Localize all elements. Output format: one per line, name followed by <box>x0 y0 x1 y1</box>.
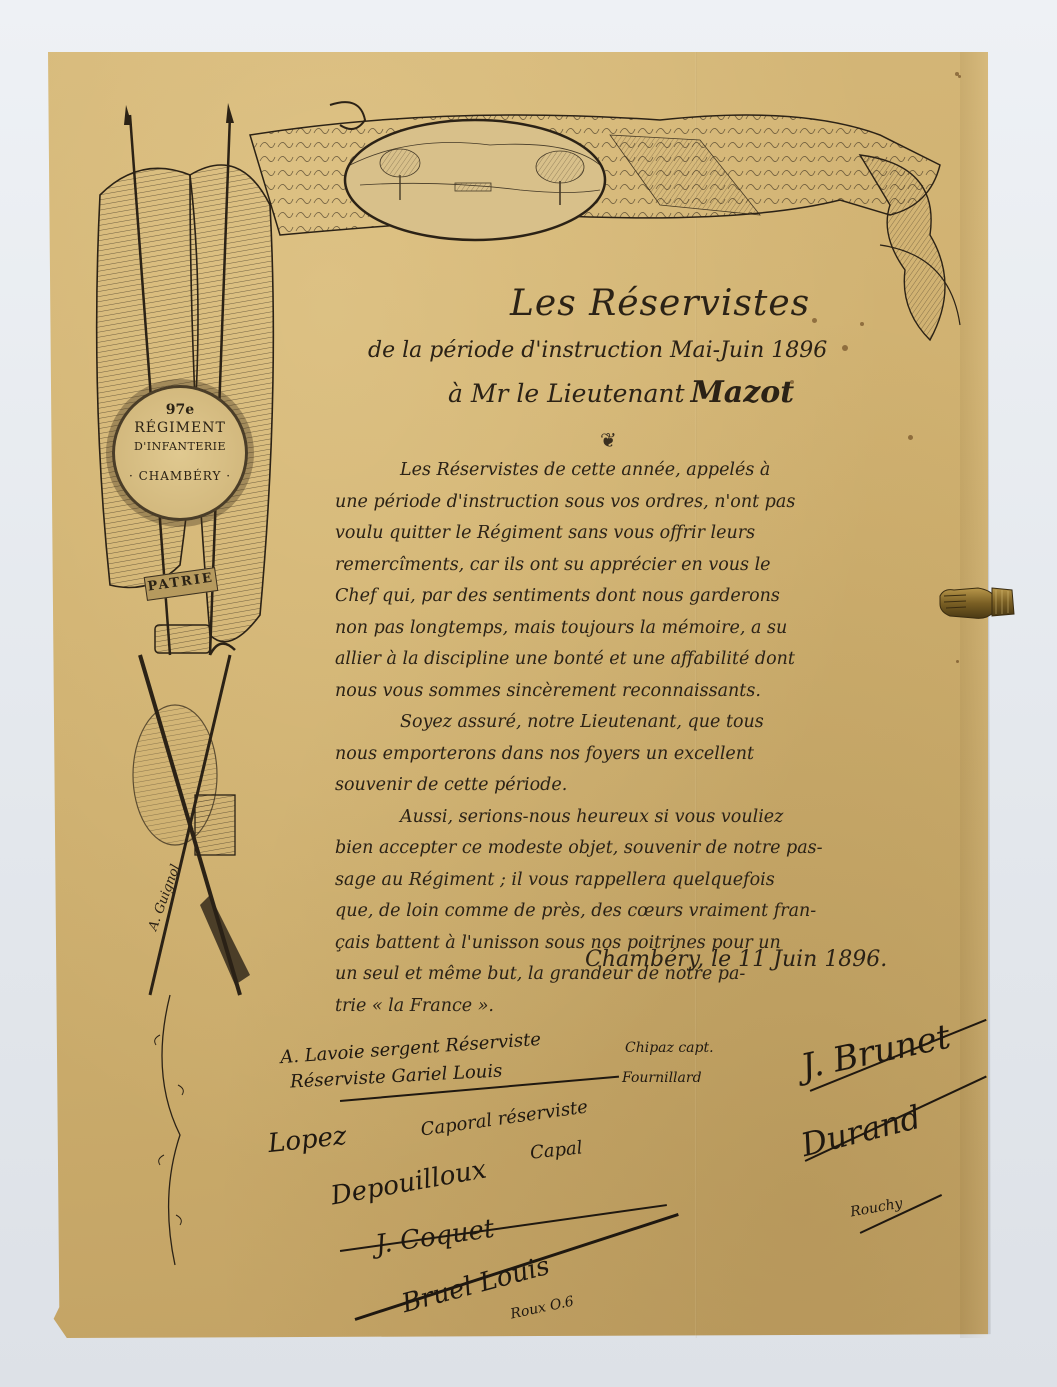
body-line: une période d'instruction sous vos ordre… <box>335 487 880 519</box>
body-line: trie « la France ». <box>335 991 880 1023</box>
foxing-spot <box>908 435 913 440</box>
place-and-date: Chambéry, le 11 Juin 1896. <box>585 947 887 972</box>
body-line: remercîments, car ils ont su apprécier e… <box>335 550 880 582</box>
dedicatee-name: Mazot <box>691 375 795 410</box>
body-line: sage au Régiment ; il vous rappellera qu… <box>335 865 880 897</box>
regiment-number: 97e <box>115 402 245 418</box>
body-line: nous emporterons dans nos foyers un exce… <box>335 739 880 771</box>
dedication-prefix: à Mr le Lieutenant <box>448 379 685 408</box>
body-line: bien accepter ce modeste objet, souvenir… <box>335 833 880 865</box>
body-line: voulu quitter le Régiment sans vous offr… <box>335 518 880 550</box>
document-subtitle-period: de la période d'instruction Mai-Juin 189… <box>368 338 827 363</box>
body-line: Aussi, serions-nous heureux si vous voul… <box>335 802 880 834</box>
medallion-line-regiment: RÉGIMENT <box>115 420 245 436</box>
body-line: nous vous sommes sincèrement reconnaissa… <box>335 676 880 708</box>
letter-body: Les Réservistes de cette année, appelés … <box>335 455 880 1022</box>
document-dedication: à Mr le LieutenantMazot <box>448 375 794 410</box>
body-line: souvenir de cette période. <box>335 770 880 802</box>
flags-trophy-illustration <box>60 95 300 1275</box>
medallion-line-chambery: · CHAMBÉRY · <box>115 469 245 483</box>
body-line: allier à la discipline une bonté et une … <box>335 644 880 676</box>
ornament-flourish-icon: ❦ <box>600 428 617 452</box>
document-title: Les Réservistes <box>510 283 810 324</box>
foxing-spot <box>956 660 959 663</box>
medallion-line-infanterie: D'INFANTERIE <box>115 440 245 453</box>
foxing-spot <box>958 75 961 78</box>
body-line: Chef qui, par des sentiments dont nous g… <box>335 581 880 613</box>
signature: Fournillard <box>622 1070 702 1086</box>
regiment-medallion: 97e RÉGIMENT D'INFANTERIE · CHAMBÉRY · <box>112 385 248 521</box>
brass-hand-clip <box>938 582 1016 624</box>
body-line: Les Réservistes de cette année, appelés … <box>335 455 880 487</box>
signature: Chipaz capt. <box>625 1040 714 1056</box>
body-line: Soyez assuré, notre Lieutenant, que tous <box>335 707 880 739</box>
body-line: que, de loin comme de près, des cœurs vr… <box>335 896 880 928</box>
body-line: non pas longtemps, mais toujours la mémo… <box>335 613 880 645</box>
